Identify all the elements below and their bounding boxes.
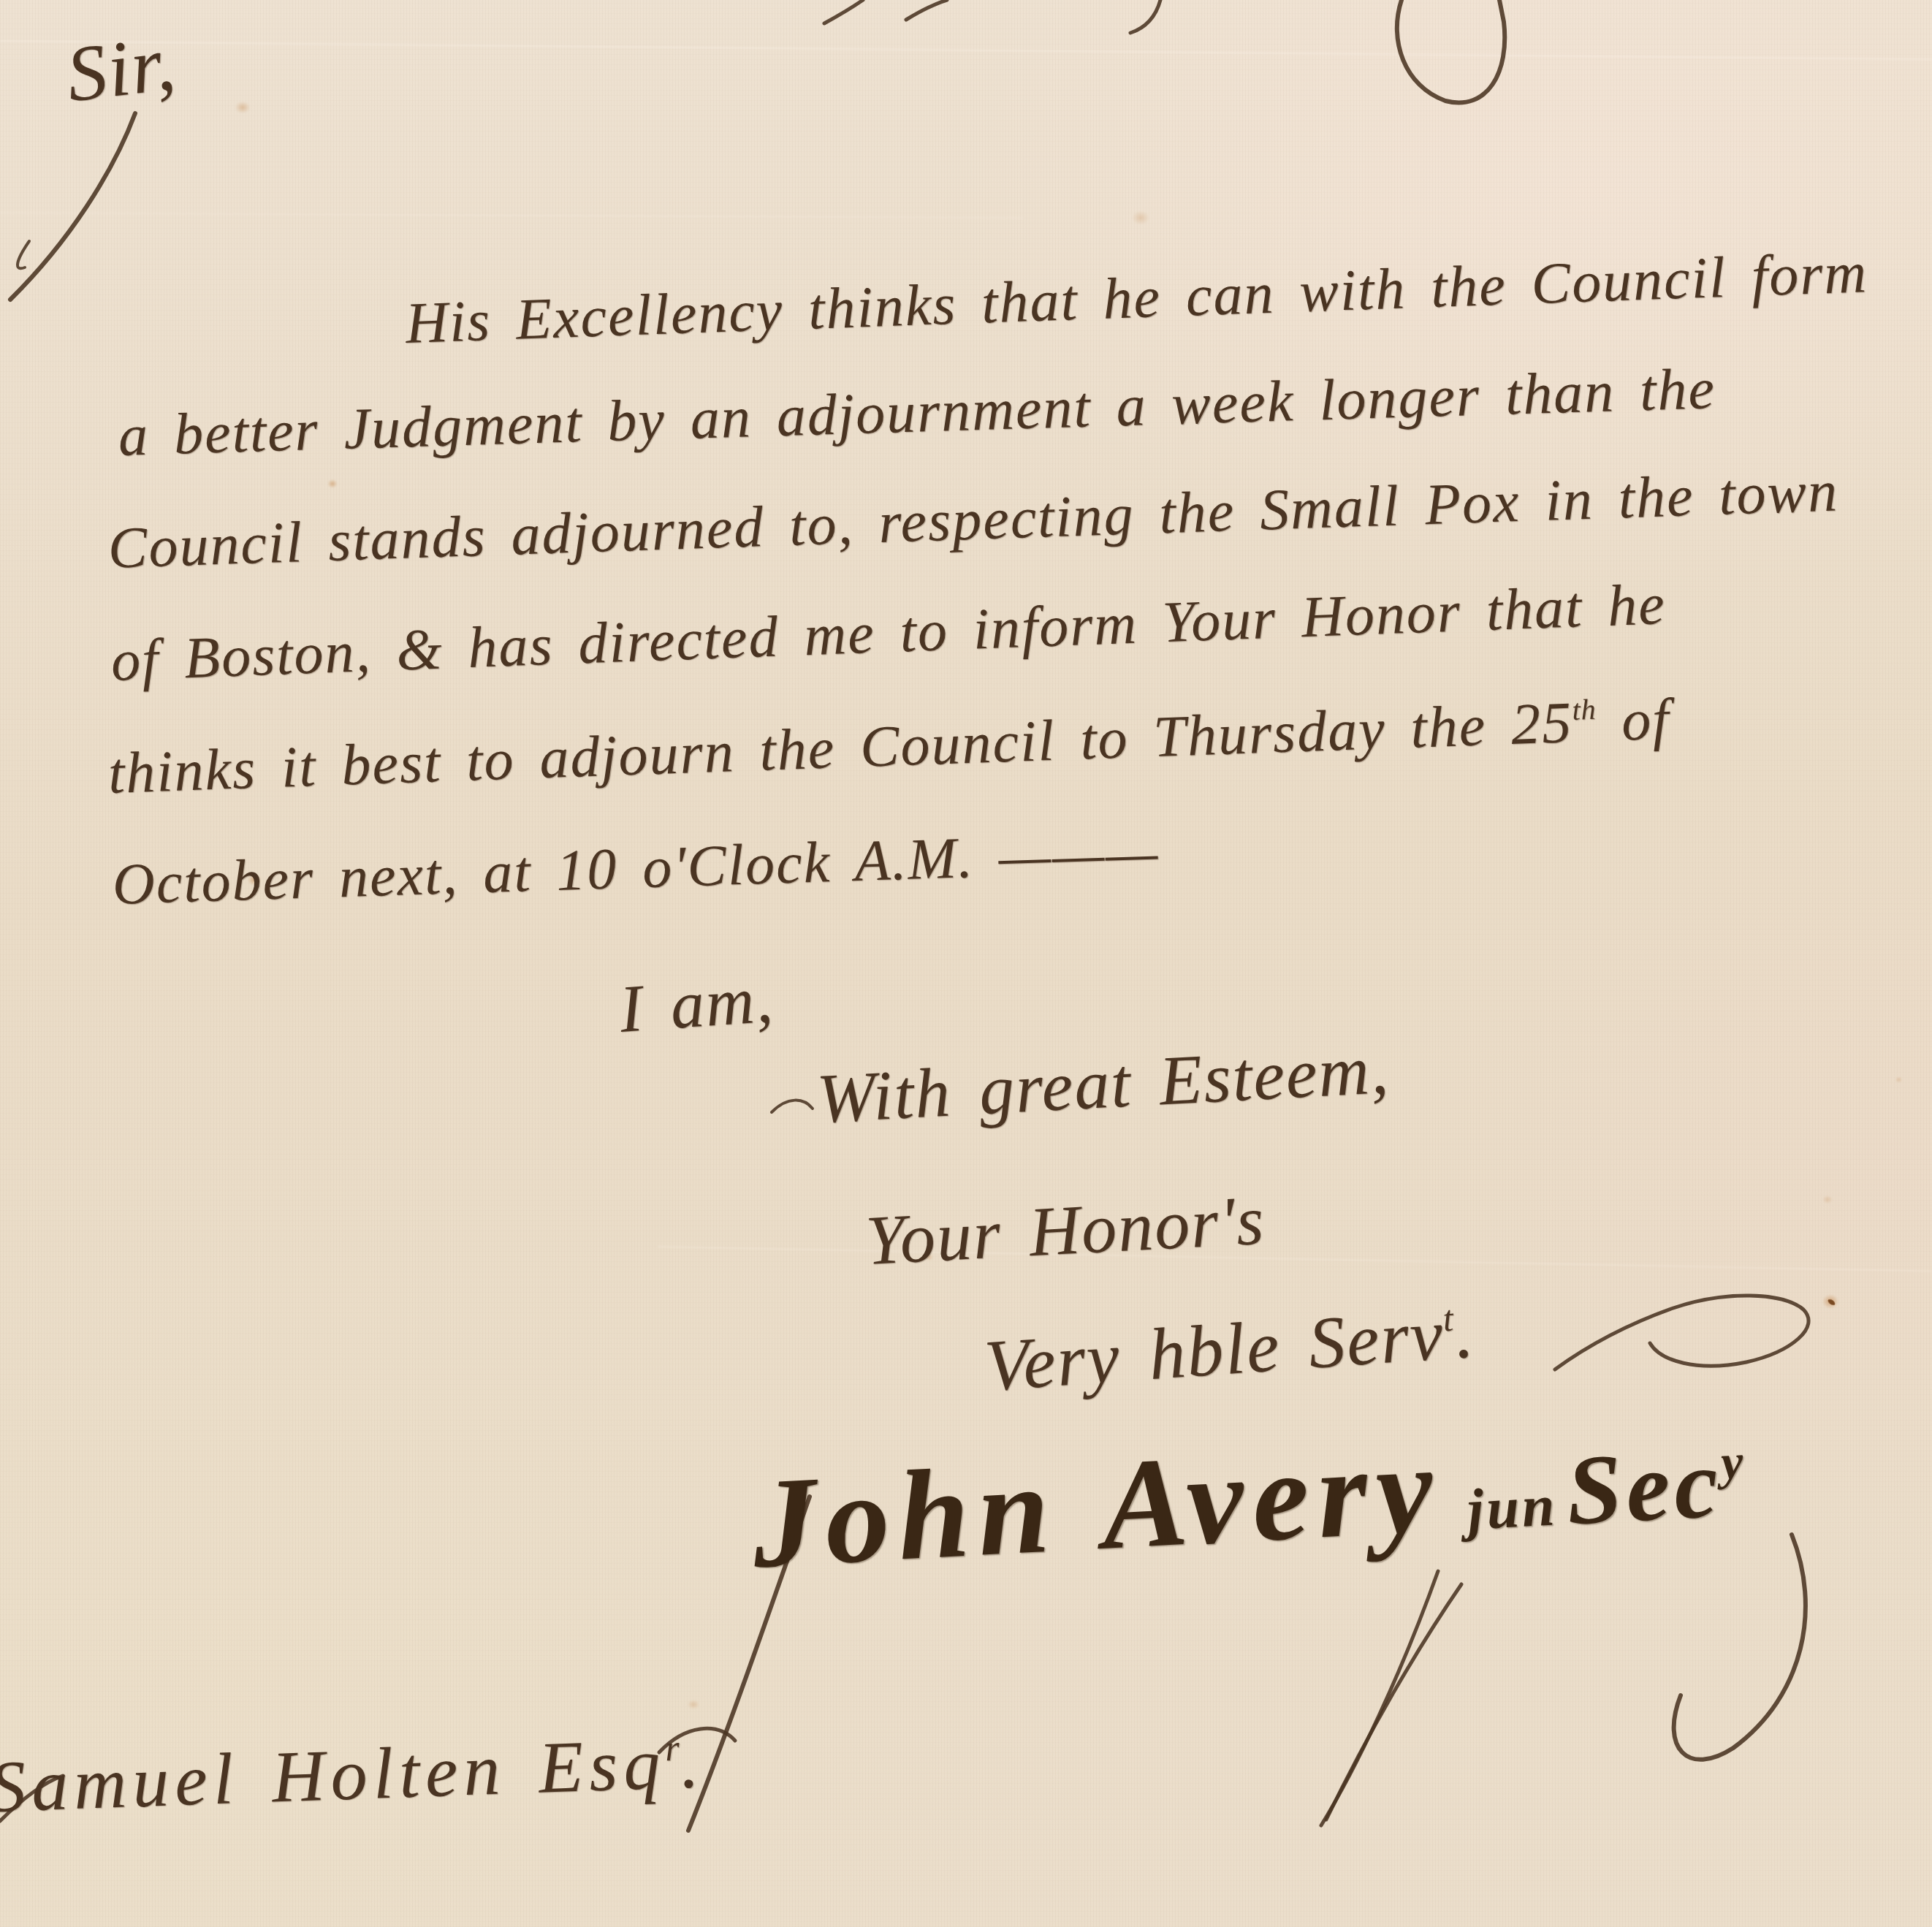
- body-line: His Excellency thinks that he can with t…: [404, 240, 1868, 357]
- servant-tail-loop: [1555, 1296, 1809, 1369]
- signature-junior: jun: [1466, 1473, 1559, 1542]
- addressee-superscript: r: [664, 1727, 680, 1768]
- body-line-text: Council stands adjourned to, respecting …: [107, 459, 1840, 580]
- closing-servant: Very hble Servt.: [982, 1290, 1477, 1408]
- foxing-stain: [1819, 1292, 1841, 1311]
- closing-i-am: I am,: [617, 959, 776, 1047]
- addressee-text: .: [680, 1722, 707, 1804]
- body-line-text: a better Judgment by an adjournment a we…: [118, 357, 1716, 468]
- letter-page: Sir, His Excellency thinks that he can w…: [0, 0, 1932, 1927]
- body-line-text: of: [1596, 687, 1671, 753]
- foxing-stain: [1894, 1076, 1904, 1084]
- foxing-stain: [1821, 1194, 1834, 1205]
- addressee: Samuel Holten Esqr.: [0, 1720, 706, 1829]
- foxing-stain-core: [1827, 1298, 1836, 1306]
- body-line-superscript: th: [1572, 693, 1597, 726]
- signature-name: John Avery: [749, 1417, 1445, 1595]
- signature-secretary-text: Sec: [1564, 1429, 1724, 1546]
- body-line: October next, at 10 o'Clock A.M. ———: [112, 819, 1160, 919]
- foxing-stain: [232, 99, 253, 115]
- dateline-remnant-stroke: [906, 0, 947, 20]
- closing-i-am-text: I am,: [617, 961, 776, 1046]
- closing-your-honors-text: Your Honor's: [864, 1180, 1266, 1279]
- dateline-remnant-stroke: [824, 0, 863, 23]
- closing-servant-text: Very hble Serv: [982, 1293, 1447, 1407]
- salutation-flourish: [10, 113, 135, 300]
- signature: John AveryjunSecy: [749, 1399, 1749, 1597]
- signature-descender: [1326, 1584, 1461, 1820]
- body-line-text: thinks it best to adjourn the Council to…: [107, 691, 1573, 806]
- foxing-stain: [1129, 208, 1152, 227]
- closing-your-honors: Your Honor's: [864, 1179, 1267, 1280]
- closing-esteem: With great Esteem,: [815, 1028, 1391, 1139]
- body-line: a better Judgment by an adjournment a we…: [118, 356, 1716, 470]
- salutation: Sir,: [61, 18, 180, 121]
- dateline-remnant-stroke: [1397, 0, 1505, 102]
- body-line: of Boston, & has directed me to inform Y…: [110, 571, 1667, 695]
- paper-crease: [0, 40, 1932, 60]
- salutation-flourish: [18, 241, 29, 268]
- esteem-lead-swash: [772, 1101, 813, 1112]
- signature-secy-flourish: [1674, 1535, 1806, 1760]
- foxing-stain: [685, 1698, 701, 1711]
- dateline-remnant-stroke: [1130, 0, 1160, 33]
- paper-crease: [658, 1246, 1932, 1272]
- paper-crease: [0, 212, 1023, 218]
- signature-secretary: Secy: [1564, 1428, 1747, 1546]
- body-line-text: His Excellency thinks that he can with t…: [404, 240, 1868, 356]
- salutation-text: Sir,: [62, 19, 180, 118]
- body-line: Council stands adjourned to, respecting …: [107, 458, 1839, 582]
- addressee-text: Samuel Holten Esq: [0, 1723, 667, 1828]
- body-line-text: of Boston, & has directed me to inform Y…: [110, 572, 1667, 693]
- closing-servant-text: .: [1452, 1291, 1477, 1374]
- body-line: thinks it best to adjourn the Council to…: [107, 686, 1671, 807]
- signature-descender: [1321, 1571, 1438, 1825]
- signature-secretary-superscript: y: [1719, 1434, 1745, 1490]
- foxing-stain: [326, 478, 339, 490]
- closing-esteem-text: With great Esteem,: [815, 1030, 1391, 1138]
- body-line-text: October next, at 10 o'Clock A.M. ———: [112, 820, 1160, 917]
